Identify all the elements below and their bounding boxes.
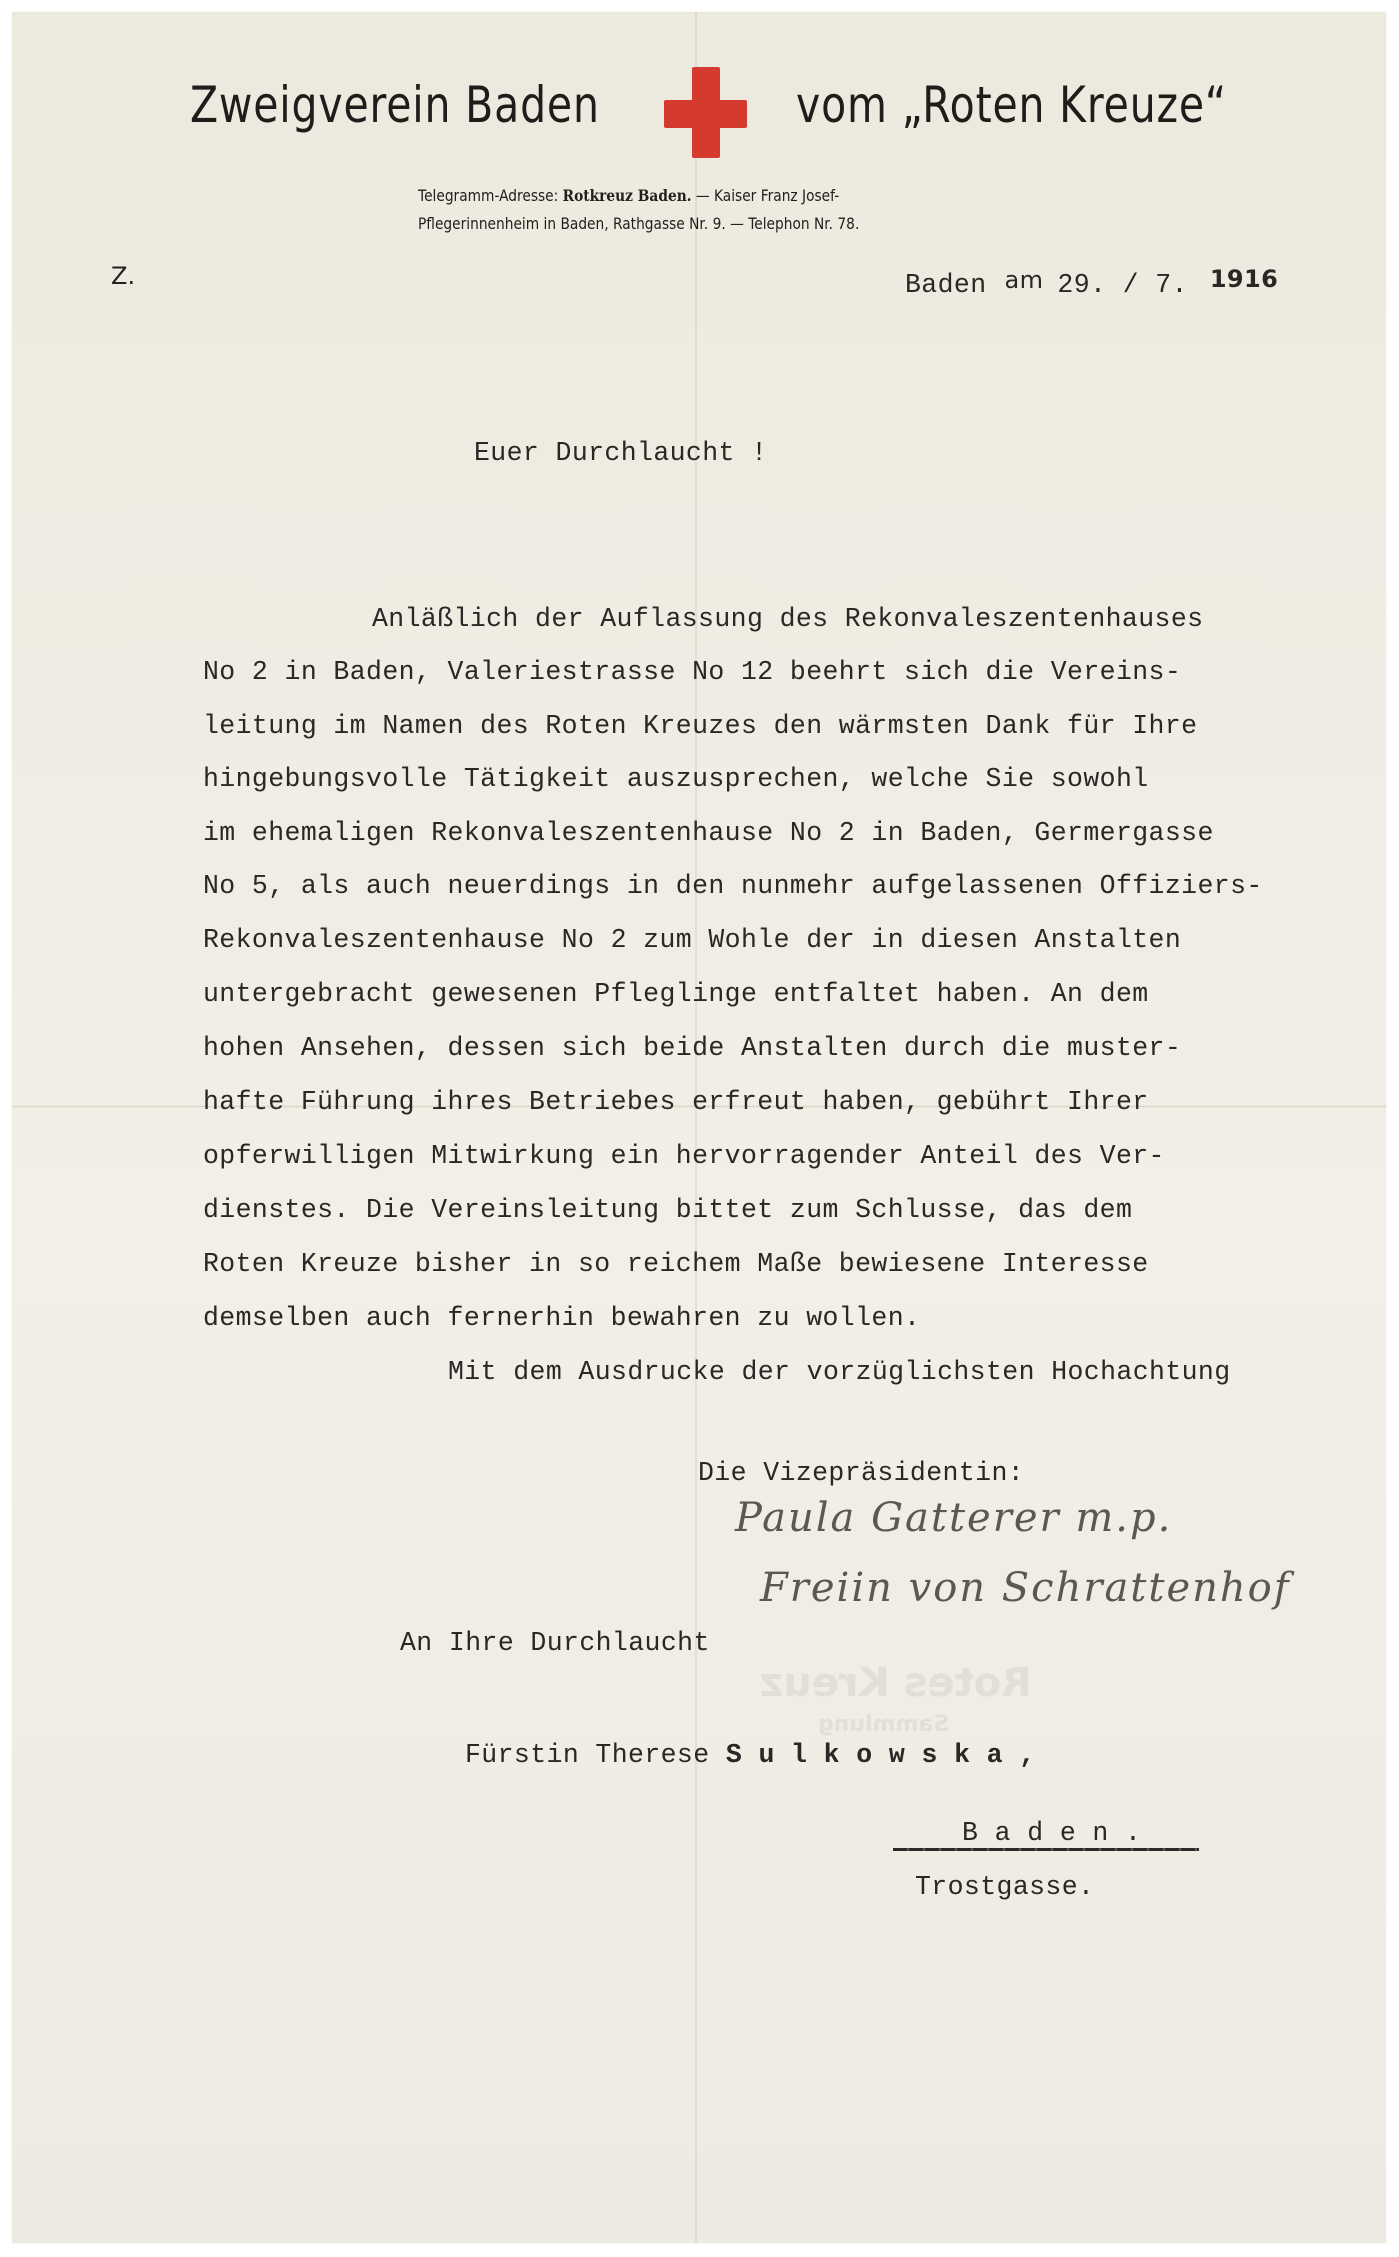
body-line: Roten Kreuze bisher in so reichem Maße b… [203,1251,1149,1278]
home-name-part1: — Kaiser Franz Josef- [691,186,839,205]
body-line: Rekonvaleszentenhause No 2 zum Wohle der… [203,927,1181,954]
dateline: Badenam29. / 7.1916 [905,272,1278,299]
fold-crease-vertical [695,12,697,2243]
bleed-through-stamp-sub: Sammlung [818,1712,949,1737]
telegram-address: Rotkreuz Baden. [563,186,692,205]
body-line: demselben auch fernerhin bewahren zu wol… [203,1305,920,1332]
body-line: untergebracht gewesenen Pfleglinge entfa… [203,981,1149,1008]
body-line: hafte Führung ihres Betriebes erfreut ha… [203,1089,1149,1116]
salutation: Euer Durchlaucht ! [474,440,767,467]
addressee-street: Trostgasse. [915,1874,1094,1901]
date-place: Baden [905,270,987,300]
date-am: am [1005,266,1044,294]
letterhead-title-left: Zweigverein Baden [190,76,600,134]
addressee-city: B a d e n . [962,1820,1141,1847]
addressee-surname: S u l k o w s k a , [726,1740,1036,1770]
body-line: opferwilligen Mitwirkung ein hervorragen… [203,1143,1165,1170]
body-line: No 5, als auch neuerdings in den nunmehr… [203,873,1263,900]
body-line: hingebungsvolle Tätigkeit auszusprechen,… [203,766,1149,793]
bleed-through-stamp: Rotes Kreuz [760,1660,1032,1706]
body-line: leitung im Namen des Roten Kreuzes den w… [203,713,1197,740]
letterhead-address-line1: Telegramm-Adresse: Rotkreuz Baden. — Kai… [418,186,839,205]
addressee-salutation: An Ihre Durchlaucht [400,1630,710,1657]
addressee-title-name: Fürstin Therese [465,1740,726,1770]
letter-paper [12,12,1386,2243]
reference-mark: Z. [111,262,135,290]
city-underline [893,1848,1199,1851]
telegram-label: Telegramm-Adresse: [418,186,563,205]
body-line: dienstes. Die Vereinsleitung bittet zum … [203,1197,1132,1224]
handwritten-signature-line1: Paula Gatterer m.p. [735,1495,1172,1541]
date-year: 1916 [1210,265,1278,293]
handwritten-signature-line2: Freiin von Schrattenhof [760,1565,1291,1611]
body-line: hohen Ansehen, dessen sich beide Anstalt… [203,1035,1181,1062]
body-line: im ehemaligen Rekonvaleszentenhause No 2… [203,820,1214,847]
date-day-month: 29. / 7. [1057,270,1187,300]
letterhead-title-right: vom „Roten Kreuze“ [796,76,1227,134]
signatory-title: Die Vizepräsidentin: [698,1460,1024,1487]
body-line: No 2 in Baden, Valeriestrasse No 12 beeh… [203,659,1181,686]
addressee-name: Fürstin Therese S u l k o w s k a , [465,1742,1036,1769]
letterhead-address-line2: Pflegerinnenheim in Baden, Rathgasse Nr.… [418,214,859,233]
closing-formula: Mit dem Ausdrucke der vorzüglichsten Hoc… [448,1359,1231,1386]
body-line: Anläßlich der Auflassung des Rekonvalesz… [372,606,1203,633]
